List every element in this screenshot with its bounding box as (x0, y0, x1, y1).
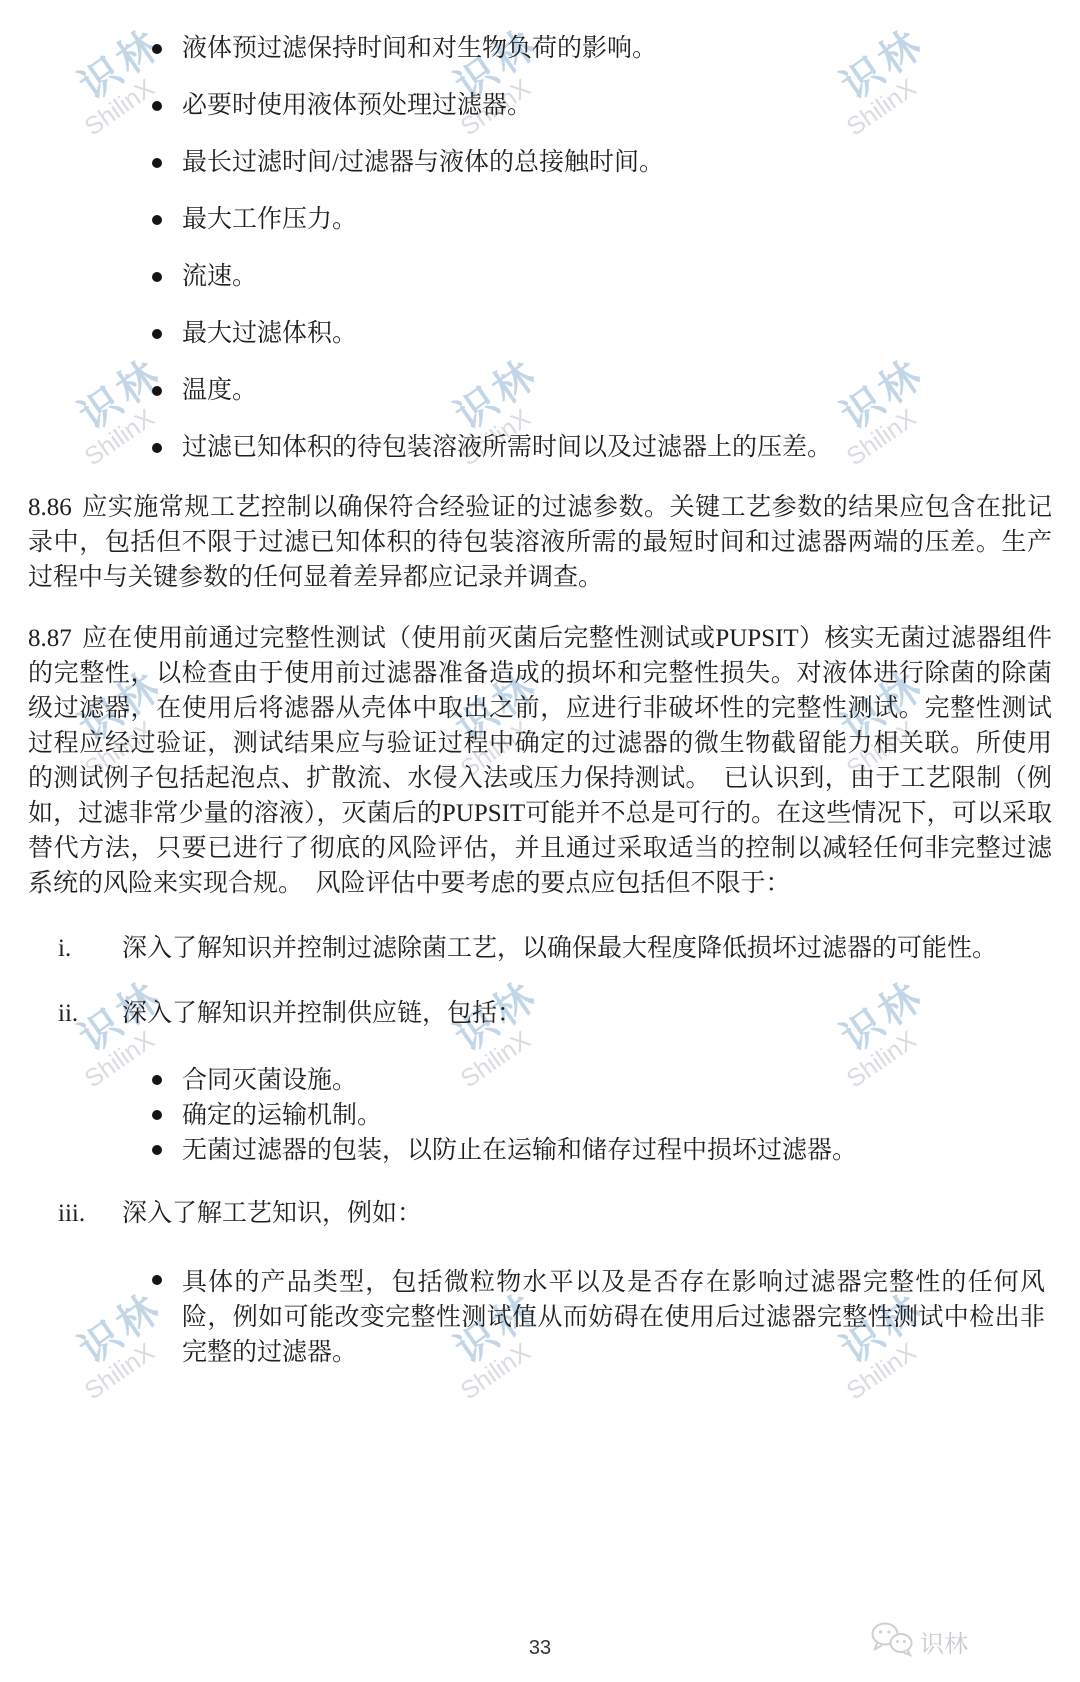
bullet-icon (152, 386, 162, 396)
roman-item-text: 深入了解工艺知识，例如： (122, 1196, 1050, 1231)
clause-number: 8.86 (28, 494, 72, 521)
bullet-text: 必要时使用液体预处理过滤器。 (182, 91, 532, 120)
list-item: 具体的产品类型，包括微粒物水平以及是否存在影响过滤器完整性的任何风险，例如可能改… (152, 1265, 1045, 1370)
roman-numeral: ii. (58, 996, 122, 1031)
bullet-icon (152, 272, 162, 282)
brand-label: 识林 (920, 1624, 968, 1659)
bullet-icon (152, 1145, 162, 1155)
brand-footer: 识林 (870, 1621, 968, 1662)
clause-number: 8.87 (28, 625, 72, 652)
filter-parameters-bullet-list: 液体预过滤保持时间和对生物负荷的影响。 必要时使用液体预处理过滤器。 最长过滤时… (152, 0, 1080, 462)
roman-item-text: 深入了解知识并控制供应链，包括： (122, 996, 1050, 1031)
bullet-text: 液体预过滤保持时间和对生物负荷的影响。 (182, 34, 657, 63)
bullet-text: 合同灭菌设施。 (182, 1065, 357, 1096)
bullet-icon (152, 1275, 162, 1285)
list-item: 最大工作压力。 (152, 205, 1080, 234)
roman-numeral: iii. (58, 1196, 122, 1231)
list-item: 最大过滤体积。 (152, 319, 1080, 348)
bullet-icon (152, 1075, 162, 1085)
bullet-icon (152, 215, 162, 225)
bullet-text: 无菌过滤器的包装，以防止在运输和储存过程中损坏过滤器。 (182, 1135, 857, 1166)
bullet-text: 最大工作压力。 (182, 205, 357, 234)
paragraph-8-86: 8.86应实施常规工艺控制以确保符合经验证的过滤参数。关键工艺参数的结果应包含在… (28, 490, 1052, 595)
bullet-text: 最大过滤体积。 (182, 319, 357, 348)
list-item: 液体预过滤保持时间和对生物负荷的影响。 (152, 34, 1080, 63)
bullet-icon (152, 101, 162, 111)
list-item: 流速。 (152, 262, 1080, 291)
page-content: 液体预过滤保持时间和对生物负荷的影响。 必要时使用液体预处理过滤器。 最长过滤时… (0, 0, 1080, 1370)
bullet-icon (152, 158, 162, 168)
clause-text: 应在使用前通过完整性测试（使用前灭菌后完整性测试或PUPSIT）核实无菌过滤器组… (28, 625, 1052, 897)
bullet-icon (152, 329, 162, 339)
list-item: 过滤已知体积的待包装溶液所需时间以及过滤器上的压差。 (152, 433, 1080, 462)
process-knowledge-bullet-list: 具体的产品类型，包括微粒物水平以及是否存在影响过滤器完整性的任何风险，例如可能改… (152, 1265, 1045, 1370)
bullet-text: 具体的产品类型，包括微粒物水平以及是否存在影响过滤器完整性的任何风险，例如可能改… (182, 1265, 1045, 1370)
list-item: 最长过滤时间/过滤器与液体的总接触时间。 (152, 148, 1080, 177)
list-item: 确定的运输机制。 (152, 1100, 1045, 1131)
bullet-text: 确定的运输机制。 (182, 1100, 382, 1131)
document-page: 识林ShilinX识林ShilinX识林ShilinX识林ShilinX识林Sh… (0, 0, 1080, 1682)
list-item: 合同灭菌设施。 (152, 1065, 1045, 1096)
clause-text: 应实施常规工艺控制以确保符合经验证的过滤参数。关键工艺参数的结果应包含在批记录中… (28, 494, 1052, 591)
roman-item-iii: iii. 深入了解工艺知识，例如： (58, 1196, 1050, 1231)
bullet-text: 最长过滤时间/过滤器与液体的总接触时间。 (182, 148, 664, 177)
bullet-icon (152, 44, 162, 54)
list-item: 无菌过滤器的包装，以防止在运输和储存过程中损坏过滤器。 (152, 1135, 1045, 1166)
roman-item-ii: ii. 深入了解知识并控制供应链，包括： (58, 996, 1050, 1031)
list-item: 温度。 (152, 376, 1080, 405)
roman-item-i: i. 深入了解知识并控制过滤除菌工艺，以确保最大程度降低损坏过滤器的可能性。 (58, 931, 1050, 966)
bullet-text: 流速。 (182, 262, 257, 291)
wechat-bubbles-icon (870, 1621, 914, 1662)
paragraph-8-87: 8.87应在使用前通过完整性测试（使用前灭菌后完整性测试或PUPSIT）核实无菌… (28, 621, 1052, 901)
list-item: 必要时使用液体预处理过滤器。 (152, 91, 1080, 120)
bullet-icon (152, 443, 162, 453)
bullet-text: 过滤已知体积的待包装溶液所需时间以及过滤器上的压差。 (182, 433, 832, 462)
roman-numeral: i. (58, 931, 122, 966)
bullet-icon (152, 1110, 162, 1120)
supply-chain-bullet-list: 合同灭菌设施。 确定的运输机制。 无菌过滤器的包装，以防止在运输和储存过程中损坏… (152, 1065, 1045, 1166)
roman-item-text: 深入了解知识并控制过滤除菌工艺，以确保最大程度降低损坏过滤器的可能性。 (122, 931, 1050, 966)
bullet-text: 温度。 (182, 376, 257, 405)
